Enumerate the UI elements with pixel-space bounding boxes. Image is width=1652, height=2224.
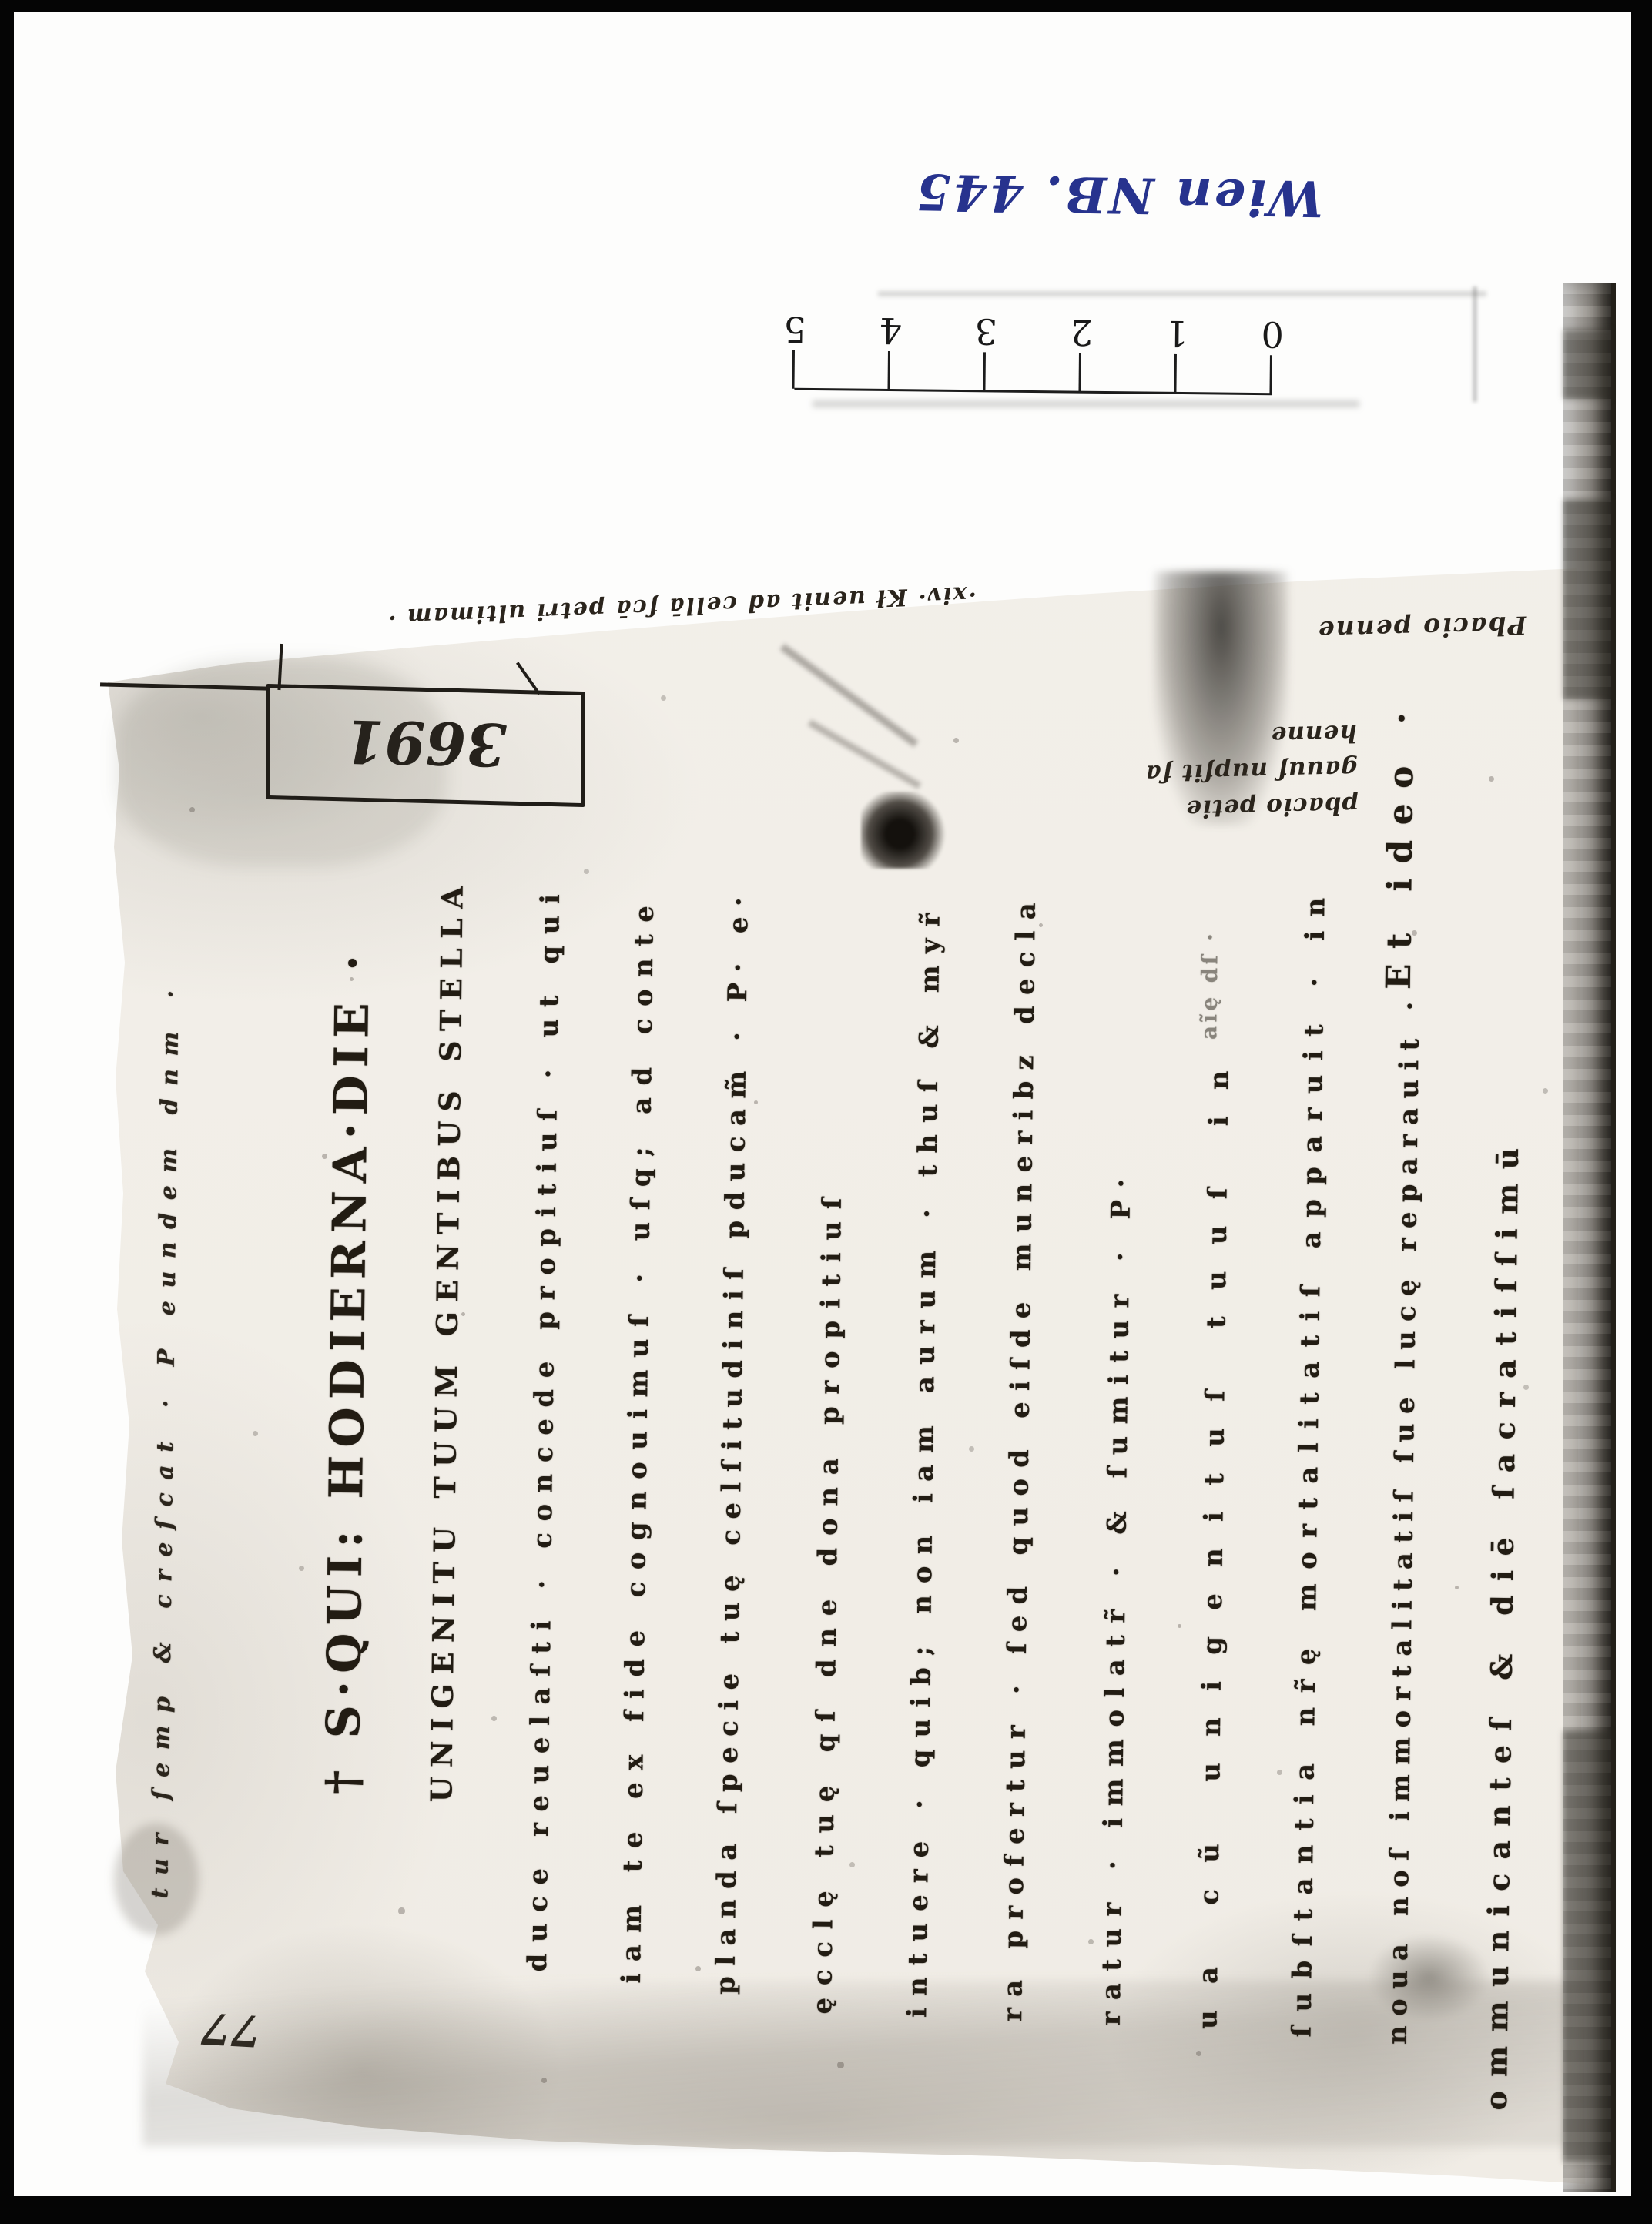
glyph: [1484, 1629, 1519, 1640]
scale-digit: 2: [1070, 311, 1093, 353]
glyph: S: [432, 1090, 467, 1112]
glyph: n: [1300, 897, 1331, 916]
glyph: [1290, 1740, 1321, 1749]
glyph: e: [1007, 1156, 1038, 1173]
glyph: i: [1103, 1375, 1134, 1385]
inscription-right-note: Pbacio penne: [1270, 601, 1573, 654]
glyph: i: [1385, 1811, 1416, 1821]
glyph: o: [622, 1462, 652, 1479]
glyph: ſ: [816, 1197, 847, 1209]
glyph: T: [427, 1562, 461, 1584]
glyph: N: [426, 1616, 461, 1643]
glyph: g: [621, 1522, 652, 1540]
glyph: n: [811, 1628, 842, 1647]
glyph: q: [534, 946, 565, 964]
glyph: [1389, 1472, 1419, 1482]
glyph: a: [1482, 1840, 1516, 1860]
glyph: I: [424, 1717, 459, 1731]
glyph: o: [813, 1518, 843, 1536]
glyph: m: [1007, 1243, 1037, 1271]
glyph: i: [1198, 1512, 1229, 1522]
glyph: d: [155, 1213, 182, 1229]
scale-digit: 4: [879, 310, 902, 351]
glyph: c: [1487, 1422, 1522, 1440]
glyph: ſ: [719, 1268, 749, 1280]
glyph: o: [1292, 1552, 1322, 1569]
glyph: u: [522, 1923, 553, 1942]
glyph: b: [906, 1667, 937, 1686]
glyph: u: [910, 1290, 941, 1309]
glyph: ſ: [532, 1110, 563, 1121]
glyph: [624, 1295, 655, 1304]
glyph: n: [1290, 1707, 1321, 1726]
glyph: p: [531, 1228, 561, 1247]
glyph: i: [908, 1493, 939, 1503]
glyph: N: [424, 1740, 459, 1767]
glyph: c: [807, 1941, 838, 1958]
glyph: e: [1389, 1397, 1420, 1414]
glyph: e: [529, 1361, 560, 1378]
glyph: B: [431, 1156, 466, 1181]
glyph: a: [997, 1980, 1028, 1998]
glyph: e: [523, 1868, 554, 1885]
glyph: E: [322, 1287, 377, 1323]
glyph: q: [625, 1168, 656, 1187]
glyph: ſ: [1202, 1187, 1233, 1199]
glyph: [1102, 1490, 1133, 1499]
glyph: ·: [722, 1032, 752, 1041]
glyph: i: [1196, 1681, 1227, 1691]
glyph: c: [150, 1594, 177, 1609]
glyph: r: [998, 1906, 1029, 1920]
glyph: u: [720, 1162, 751, 1181]
glyph: m: [1098, 1739, 1129, 1767]
glyph: t: [1096, 1959, 1127, 1971]
glyph: ſ: [1287, 1935, 1318, 1947]
glyph: [715, 1556, 746, 1565]
glyph: a: [711, 1928, 742, 1946]
glyph: i: [1294, 1418, 1325, 1429]
glyph: a: [1193, 1967, 1224, 1985]
glyph: ſ: [1483, 1718, 1518, 1731]
glyph: ĩ: [1196, 1014, 1221, 1023]
book-edge-strip: [1563, 283, 1616, 2192]
glyph: t: [617, 1860, 648, 1872]
glyph: m: [909, 1425, 940, 1453]
scale-digit: 5: [783, 309, 806, 350]
scale-tick: [1269, 355, 1272, 394]
glyph: d: [627, 1067, 658, 1085]
glyph: [997, 1960, 1028, 1969]
glyph: m: [1489, 1183, 1524, 1214]
glyph: n: [154, 1241, 181, 1258]
glyph: ſ: [148, 1790, 175, 1800]
glyph: [157, 1011, 184, 1020]
glyph: u: [1389, 1423, 1420, 1442]
glyph: [618, 1810, 648, 1820]
glyph: [534, 975, 565, 984]
glyph: g: [1197, 1636, 1228, 1655]
glyph: r̃: [1101, 1609, 1131, 1623]
glyph: r: [1104, 1294, 1135, 1308]
glyph: d: [619, 1659, 650, 1677]
glyph: P: [153, 1349, 180, 1367]
glyph: e: [618, 1831, 648, 1848]
glyph: u: [1007, 1213, 1037, 1232]
glyph: [1006, 1281, 1037, 1291]
glyph: [1097, 1881, 1128, 1891]
glyph: L: [434, 948, 468, 969]
glyph: D: [321, 1359, 376, 1400]
glyph: m: [156, 1148, 183, 1173]
edge-shadow: [1563, 499, 1611, 699]
glyph: t: [1288, 1818, 1319, 1830]
glyph: [1197, 944, 1222, 952]
glyph: r: [1297, 1107, 1328, 1121]
glyph: ;: [626, 1147, 657, 1157]
glyph: u: [816, 1221, 847, 1241]
glyph: t: [1201, 1316, 1231, 1328]
glyph: n: [156, 1069, 183, 1086]
glyph: E: [1379, 963, 1418, 990]
glyph: i: [716, 1440, 747, 1450]
shelfmark-box: 3691: [266, 684, 585, 807]
glyph: e: [148, 1763, 175, 1778]
glyph: a: [1289, 1763, 1320, 1781]
glyph: [620, 1609, 651, 1618]
glyph: p: [1296, 1167, 1327, 1185]
photo-smear: [878, 291, 1486, 296]
glyph: d: [1005, 1329, 1036, 1348]
glyph: ſ: [624, 1315, 655, 1327]
glyph: u: [1298, 1074, 1329, 1094]
glyph: u: [622, 1431, 653, 1450]
glyph: n: [622, 1491, 652, 1510]
glyph: r: [903, 1869, 934, 1883]
glyph: ę: [808, 1891, 839, 1907]
glyph: E: [430, 1280, 464, 1303]
glyph: n: [628, 958, 658, 977]
glyph: d: [1004, 1449, 1034, 1468]
glyph: [1392, 1261, 1422, 1270]
glyph: e: [1004, 1402, 1035, 1418]
glyph: e: [1198, 1593, 1228, 1610]
manuscript-line: † S·QUI: HODIERNA·DIE ·: [308, 954, 387, 1794]
glyph: p: [1392, 1184, 1423, 1202]
glyph: ſ: [913, 1080, 943, 1092]
glyph: ·: [324, 1123, 378, 1140]
glyph: ·: [904, 1800, 935, 1809]
glyph: d: [1485, 1595, 1520, 1616]
glyph: [1200, 1355, 1231, 1364]
glyph: u: [625, 1221, 655, 1241]
glyph: [527, 1559, 558, 1569]
glyph: e: [1392, 1211, 1422, 1228]
glyph: m: [910, 1251, 941, 1278]
glyph: f: [619, 1710, 650, 1722]
glyph: l: [808, 1919, 839, 1929]
glyph: c: [522, 1896, 553, 1912]
glyph: i: [718, 1339, 749, 1349]
glyph: I: [426, 1593, 461, 1606]
glyph: G: [430, 1311, 464, 1337]
glyph: m: [1386, 1737, 1416, 1765]
glyph: ſ: [1489, 1253, 1523, 1266]
glyph: [153, 1328, 180, 1337]
glyph: ·: [625, 1274, 655, 1283]
glyph: e: [1381, 803, 1420, 826]
glyph: m: [149, 1725, 176, 1750]
glyph: [320, 1506, 374, 1523]
glyph: u: [154, 1271, 181, 1288]
glyph: ſ: [1102, 1467, 1133, 1479]
glyph: ·: [722, 963, 753, 972]
glyph: G: [425, 1683, 460, 1709]
glyph: o: [1384, 1870, 1415, 1887]
glyph: a: [616, 1944, 647, 1962]
glyph: p: [815, 1321, 846, 1339]
glyph: i: [816, 1298, 846, 1308]
archive-shelfmark-note: Wien NB. 445: [908, 144, 1329, 243]
glyph: [626, 1126, 657, 1135]
glyph: [529, 1341, 560, 1350]
glyph: m: [1479, 2001, 1514, 2032]
glyph: [618, 1733, 649, 1743]
glyph: i: [1298, 1050, 1329, 1060]
glyph: c: [1010, 951, 1040, 967]
glyph: o: [1386, 1710, 1416, 1728]
glyph: U: [318, 1585, 373, 1626]
glyph: m: [616, 1905, 647, 1933]
glyph: [152, 1379, 179, 1388]
glyph: u: [1201, 1225, 1232, 1244]
glyph: I: [431, 1190, 466, 1204]
glyph: u: [531, 1132, 562, 1151]
glyph: M: [429, 1365, 464, 1398]
glyph: t: [1388, 1531, 1419, 1543]
glyph: t: [628, 934, 659, 946]
glyph: ·: [1395, 1001, 1426, 1010]
glyph: u: [1201, 1271, 1232, 1290]
glyph: [532, 1090, 563, 1099]
manuscript-line: Et ideo ·: [1373, 712, 1427, 990]
glyph: u: [1104, 1320, 1134, 1339]
glyph: e: [528, 1418, 559, 1435]
glyph: [1101, 1546, 1132, 1556]
glyph: ſ: [625, 1198, 656, 1210]
glyph: r: [997, 2008, 1028, 2021]
glyph: d: [528, 1389, 559, 1408]
glyph: p: [149, 1696, 176, 1713]
glyph: m: [157, 1032, 184, 1057]
glyph: n: [906, 1595, 937, 1614]
glyph: i: [1295, 1311, 1325, 1321]
glyph: u: [1195, 1763, 1226, 1782]
glyph: [1291, 1625, 1322, 1634]
scale-digit: 1: [1165, 313, 1188, 354]
glyph: a: [1487, 1359, 1522, 1378]
glyph: t: [531, 1184, 562, 1196]
glyph: a: [1288, 1877, 1319, 1895]
glyph: o: [1479, 2091, 1513, 2111]
glyph: a: [1386, 1639, 1417, 1656]
glyph: i: [1097, 1817, 1128, 1827]
glyph: c: [528, 1446, 559, 1462]
glyph: u: [910, 1345, 940, 1365]
glyph: d: [813, 1547, 843, 1566]
glyph: a: [1392, 1157, 1423, 1175]
glyph: [523, 1847, 554, 1857]
glyph: [1298, 1001, 1329, 1010]
glyph: t: [146, 1887, 173, 1898]
glyph: r: [1392, 1134, 1423, 1148]
glyph: &: [913, 1025, 944, 1049]
glyph: a: [813, 1458, 844, 1475]
glyph: c: [807, 1969, 838, 1985]
glyph: [909, 1405, 940, 1414]
glyph: a: [626, 1097, 657, 1115]
glyph: [625, 1252, 655, 1261]
glyph: t: [809, 1845, 839, 1857]
glyph: i: [615, 1973, 646, 1983]
glyph: p: [710, 1976, 741, 1995]
glyph: ſ: [1001, 1643, 1032, 1654]
glyph: u: [1199, 1428, 1230, 1447]
glyph: d: [1002, 1586, 1033, 1604]
glyph: n: [1383, 1897, 1414, 1916]
glyph: ę: [1391, 1279, 1422, 1296]
glyph: u: [534, 915, 565, 934]
glyph: [429, 1345, 464, 1356]
glyph: [1196, 986, 1221, 993]
glyph: c: [715, 1529, 746, 1546]
glyph: i: [1481, 1905, 1516, 1917]
glyph: [913, 1060, 944, 1069]
glyph: [156, 1127, 183, 1136]
glyph: H: [320, 1455, 374, 1499]
glyph: o: [528, 1504, 558, 1522]
glyph: r: [1000, 1725, 1031, 1739]
glyph: ſ: [1005, 1358, 1036, 1370]
glyph: [1193, 1931, 1224, 1941]
glyph: r̃: [915, 913, 946, 926]
glyph: p: [814, 1406, 845, 1425]
glyph: i: [1394, 1060, 1425, 1070]
glyph: ę: [715, 1575, 746, 1592]
glyph: t: [1379, 933, 1419, 949]
glyph: i: [902, 2008, 933, 2018]
glyph: [1101, 1588, 1131, 1597]
glyph: [812, 1578, 843, 1587]
glyph: r: [814, 1380, 845, 1394]
glyph: u: [717, 1388, 748, 1408]
scale-bar: 012345: [794, 307, 1272, 395]
glyph: a: [1295, 1231, 1326, 1249]
glyph: i: [1289, 1794, 1320, 1804]
glyph: a: [1010, 903, 1041, 920]
glyph: i: [1299, 930, 1330, 940]
glyph: o: [1381, 765, 1420, 789]
glyph: ſ: [1389, 1491, 1419, 1502]
glyph: a: [908, 1465, 939, 1482]
glyph: u: [1000, 1750, 1031, 1769]
glyph: ſ: [1489, 1280, 1523, 1293]
glyph: a: [1383, 1944, 1414, 1961]
glyph: c: [152, 1492, 179, 1507]
glyph: e: [903, 1894, 933, 1911]
glyph: [814, 1436, 845, 1445]
glyph: d: [1380, 839, 1419, 863]
glyph: t: [152, 1442, 179, 1452]
glyph: r: [1097, 1902, 1128, 1916]
glyph: t: [1394, 1039, 1425, 1051]
glyph: m: [1385, 1774, 1416, 1802]
glyph: c: [720, 1136, 751, 1152]
glyph: d: [521, 1953, 552, 1971]
glyph: [150, 1621, 177, 1629]
glyph: ū: [1490, 1148, 1525, 1170]
glyph: d: [719, 1191, 750, 1210]
glyph: a: [1100, 1659, 1131, 1676]
glyph: e: [903, 1841, 934, 1858]
glyph: i: [1488, 1307, 1523, 1318]
glyph: a: [1393, 1108, 1424, 1126]
glyph: ;: [906, 1646, 937, 1656]
glyph: T: [427, 1476, 462, 1499]
photograph: 012345 Wien NB. 445 3691 ·xiv· Kł uenit …: [0, 0, 1652, 2224]
glyph: q: [810, 1733, 841, 1752]
glyph: [1004, 1429, 1035, 1439]
glyph: [809, 1764, 840, 1774]
glyph: n: [1482, 1805, 1516, 1827]
glyph: t: [1386, 1666, 1417, 1678]
glyph: e: [1483, 1745, 1517, 1764]
glyph: ſ: [525, 1665, 556, 1676]
glyph: P: [722, 983, 753, 1003]
glyph: o: [999, 1877, 1030, 1895]
glyph: [1009, 1035, 1040, 1044]
glyph: u: [903, 1923, 933, 1942]
glyph: [911, 1230, 942, 1239]
glyph: l: [1010, 930, 1041, 940]
glyph: ſ: [1295, 1285, 1326, 1297]
glyph: i: [1380, 879, 1419, 892]
glyph: r: [524, 1823, 555, 1837]
glyph: f: [999, 1855, 1030, 1867]
glyph: t: [1288, 1909, 1319, 1921]
glyph: [1394, 1020, 1425, 1029]
edge-shadow: [1563, 330, 1611, 399]
glyph: [809, 1869, 839, 1878]
glyph: ē: [1486, 1537, 1520, 1556]
glyph: [1295, 1262, 1326, 1271]
glyph: ·: [527, 1579, 558, 1589]
glyph: ę: [1196, 996, 1221, 1010]
glyph: [719, 1249, 749, 1258]
glyph: l: [1293, 1442, 1324, 1452]
glyph: a: [1196, 1026, 1221, 1040]
glyph: n: [718, 1310, 749, 1329]
glyph: D: [324, 1075, 379, 1116]
glyph: p: [1296, 1199, 1327, 1218]
glyph: d: [1009, 1006, 1040, 1024]
glyph: c: [1481, 1873, 1516, 1891]
glyph: o: [621, 1552, 652, 1569]
glyph: o: [1099, 1710, 1130, 1727]
glyph: a: [1096, 1983, 1127, 2001]
glyph: n: [1198, 1548, 1228, 1567]
glyph: i: [1008, 1110, 1039, 1120]
